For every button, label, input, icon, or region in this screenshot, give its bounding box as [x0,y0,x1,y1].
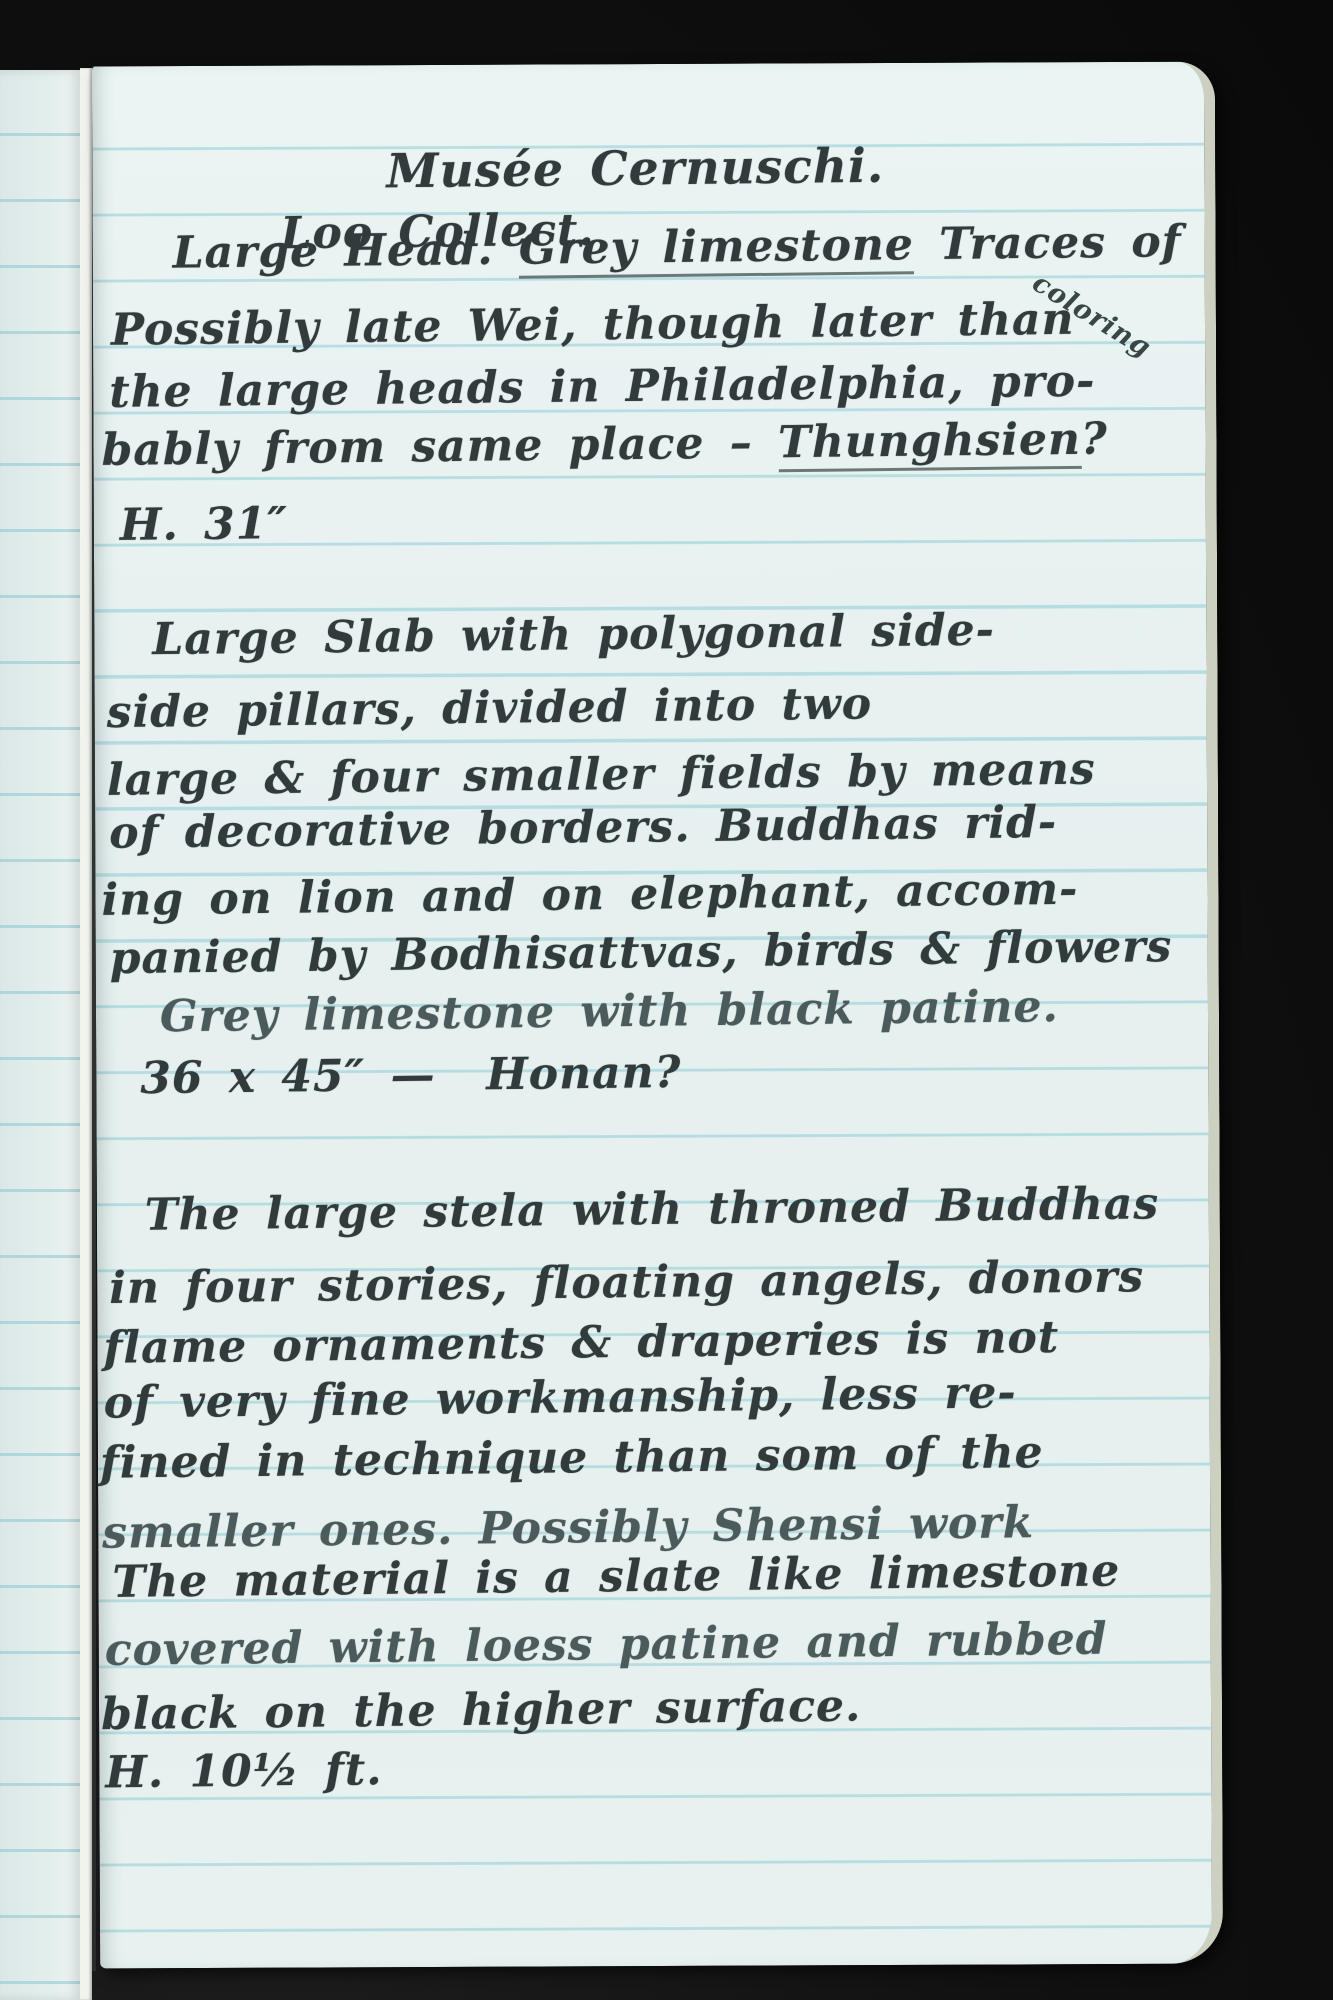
handwriting-line-e3-l1: The large stela with throned Buddhas [145,1180,1160,1240]
e2-l3-text: large & four smaller fields by means [107,744,1096,806]
handwriting-line-e2-l6: panied by Bodhisattvas, birds & flowers [109,923,1172,983]
page-edge-sliver [80,68,92,2000]
handwriting-line-e3-l5: fined in technique than som of the [100,1429,1044,1488]
handwriting-line-e2-l2: side pillars, divided into two [106,680,872,737]
e2-l4-text: of decorative borders. Buddhas rid- [109,797,1058,859]
e3-l2-text: in four stories, floating angels, donors [109,1251,1144,1314]
notebook-page: Musée Cernuschi. Loo Collect. Large Head… [92,62,1223,1969]
e1-l3-text: the large heads in Philadelphia, pro- [109,356,1096,418]
handwriting-line-e2-l4: of decorative borders. Buddhas rid- [109,799,1057,858]
e3-l9-text: black on the higher surface. [101,1680,862,1740]
handwriting-line-e3-l4: of very fine workmanship, less re- [103,1369,1017,1428]
handwriting-line-e3-l3: flame ornaments & draperies is not [103,1314,1059,1373]
handwriting-line-e3-height: H. 10½ ft. [105,1746,383,1798]
e3-l3-text: flame ornaments & draperies is not [103,1312,1059,1374]
e3-l7-text: The material is a slate like limestone [112,1545,1120,1607]
e1-l4-underlined: Thunghsien [778,414,1082,472]
handwriting-line-e2-l5: ing on lion and on elephant, accom- [101,866,1078,925]
scanned-notebook-photo: Musée Cernuschi. Loo Collect. Large Head… [0,0,1333,2000]
handwriting-line-e1-height: H. 31″ [120,500,289,550]
e1-height-text: H. 31″ [120,498,289,551]
e1-l1-seg-c: Traces of [914,216,1182,270]
handwriting-line-e3-l7: The material is a slate like limestone [112,1547,1120,1607]
handwriting-line-e2-l7: Grey limestone with black patine. [160,983,1059,1042]
e2-dimensions-text: 36 x 45″ — Honan? [140,1047,682,1104]
handwriting-line-e1-l4: bably from same place – Thunghsien? [101,416,1108,476]
handwriting-line-e2-l3: large & four smaller fields by means [107,746,1096,806]
handwriting-line-e2-dimensions: 36 x 45″ — Honan? [140,1049,682,1104]
e3-height-text: H. 10½ ft. [105,1744,383,1798]
handwriting-line-e2-l1: Large Slab with polygonal side- [152,607,995,665]
e1-l1-underlined: Grey limestone [519,219,915,278]
e1-l1-seg-a: Large Head. [172,224,519,279]
handwriting-line-e1-l2: Possibly late Wei, though later than [111,296,1075,355]
e2-l7-text: Grey limestone with black patine. [160,981,1059,1042]
e3-l4-text: of very fine workmanship, less re- [103,1367,1017,1428]
e2-l1-text: Large Slab with polygonal side- [152,605,995,666]
e2-l2-text: side pillars, divided into two [106,678,872,738]
e3-l8-text: covered with loess patine and rubbed [104,1614,1107,1676]
handwriting-line-e3-l9: black on the higher surface. [101,1682,862,1739]
e3-l1-text: The large stela with throned Buddhas [145,1178,1160,1241]
e2-l5-text: ing on lion and on elephant, accom- [101,864,1078,926]
e2-l6-text: panied by Bodhisattvas, birds & flowers [109,921,1172,984]
handwriting-line-e3-l8: covered with loess patine and rubbed [105,1616,1108,1676]
e1-l4-seg-a: bably from same place – [101,417,778,476]
handwriting-line-e1-l3: the large heads in Philadelphia, pro- [109,358,1096,418]
e3-l5-text: fined in technique than som of the [100,1427,1044,1489]
handwriting-line-e1-l1: Large Head. Grey limestone Traces of [172,218,1181,278]
underlying-page-strip [0,70,80,2000]
handwriting-line-e3-l2: in four stories, floating angels, donors [109,1253,1144,1313]
e1-l4-seg-c: ? [1081,414,1108,465]
e1-l2-text: Possibly late Wei, though later than [111,294,1075,356]
